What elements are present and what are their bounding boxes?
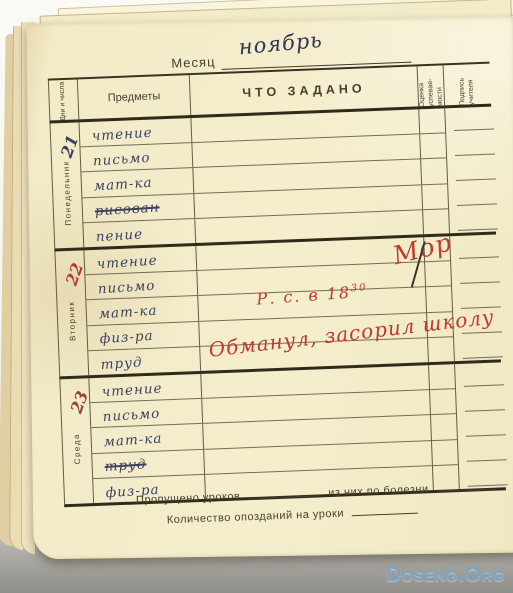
subject-entry: труд — [88, 356, 143, 376]
missed-lessons-label: Пропущено уроков — [136, 490, 241, 506]
diary-page: Месяц ноябрь Дни и числа Предметы ЧТО ЗА… — [26, 17, 513, 560]
site-watermark: Doseng.Org — [386, 563, 505, 587]
day-cell-monday: 21 Понедельник — [50, 122, 85, 248]
dayblock-monday: 21 Понедельник чтение письмо мат-ка рисо… — [50, 107, 497, 252]
day-date-wednesday: 23 — [67, 388, 92, 415]
footer-late-line: Количество опозданий на уроки — [167, 504, 419, 527]
subjects-column-tuesday: чтение письмо мат-ка физ-ра труд — [84, 246, 201, 375]
day-cell-tuesday: 22 Вторник — [54, 250, 89, 376]
tasks-column-wednesday — [201, 365, 434, 499]
subject-row: труд — [88, 347, 200, 375]
header-grade: Оценка успевае- мости — [418, 65, 446, 106]
header-tasks: ЧТО ЗАДАНО — [190, 66, 419, 115]
day-name-wednesday: Среда — [72, 433, 82, 464]
signature-column-monday — [445, 107, 496, 234]
signature-column-wednesday — [455, 362, 506, 489]
day-date-tuesday: 22 — [62, 260, 87, 287]
parents-meeting-time-sup: 30 — [350, 282, 367, 294]
subjects-column-wednesday: чтение письмо мат-ка труд физ-ра — [89, 374, 206, 503]
late-count-blank — [352, 504, 418, 517]
subject-entry: пение — [83, 228, 143, 248]
day-name-tuesday: Вторник — [67, 300, 78, 341]
header-days-label: Дни и числа — [58, 79, 68, 121]
diary-page-content: Месяц ноябрь Дни и числа Предметы ЧТО ЗА… — [20, 11, 513, 565]
subject-entry: физ-ра — [87, 330, 154, 351]
sick-lessons-blank — [436, 480, 494, 492]
header-grade-label: Оценка успевае- мости — [417, 64, 445, 107]
header-signature-label: Подпись учителя — [458, 63, 477, 106]
day-cell-wednesday: 23 Среда — [59, 378, 94, 504]
subjects-column-monday: чтение письмо мат-ка рисован пение — [79, 118, 196, 247]
late-count-label: Количество опозданий на уроки — [167, 508, 345, 527]
month-label: Месяц — [171, 54, 216, 71]
subject-entry-struck: труд — [92, 459, 147, 479]
header-days: Дни и числа — [48, 79, 80, 120]
subject-row: пение — [83, 219, 195, 247]
month-value-handwritten: ноябрь — [238, 28, 324, 60]
header-subjects: Предметы — [78, 75, 191, 119]
tasks-column-monday — [191, 109, 424, 243]
missed-lessons-blank — [248, 486, 320, 499]
diary-table: Дни и числа Предметы ЧТО ЗАДАНО Оценка у… — [48, 62, 506, 508]
signature-column-tuesday — [450, 234, 501, 361]
header-signature: Подпись учителя — [444, 64, 492, 106]
day-date-monday: 21 — [57, 133, 82, 160]
sick-lessons-label: из них по болезни — [328, 483, 429, 499]
day-name-monday: Понедельник — [61, 160, 73, 226]
